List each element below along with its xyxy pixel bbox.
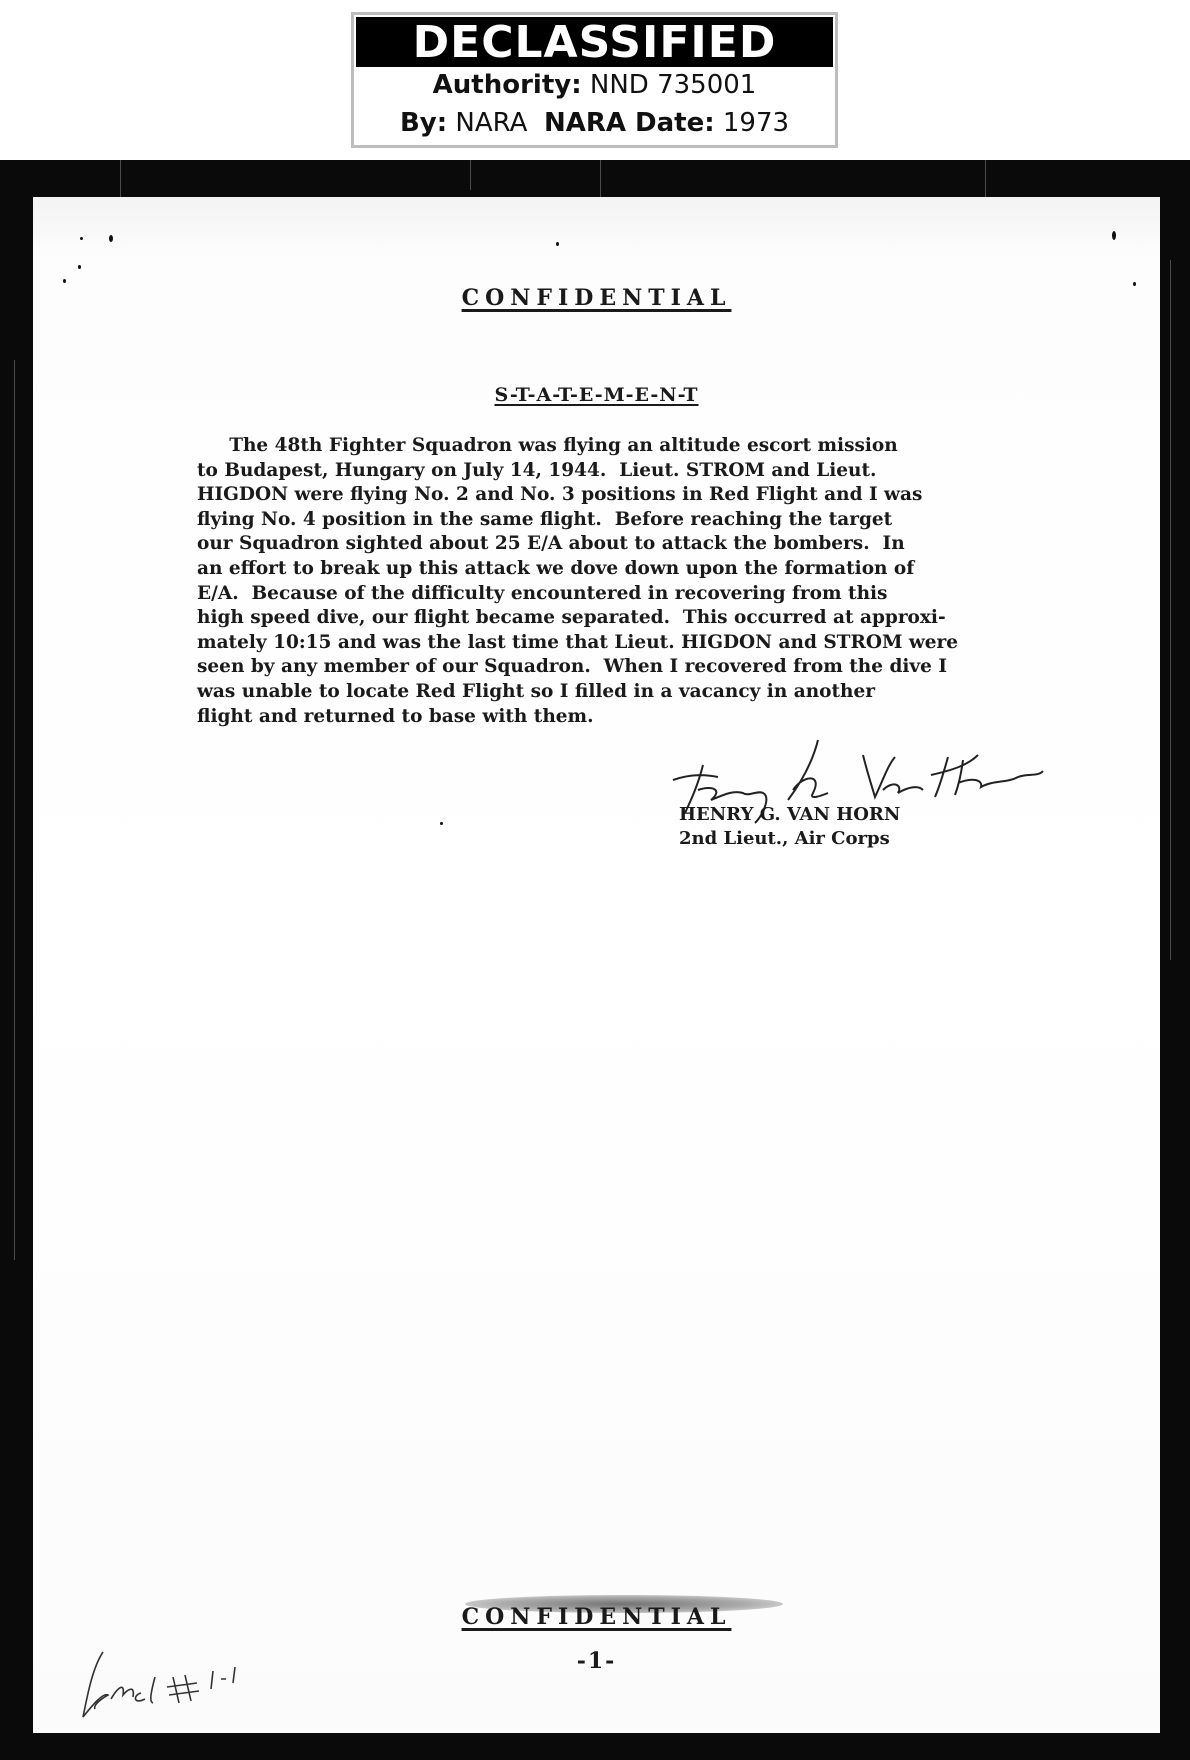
handwritten-enclosure-note: Encl #1-1 (63, 1637, 263, 1737)
statement-line: HIGDON were flying No. 2 and No. 3 posit… (197, 483, 1077, 508)
statement-line: to Budapest, Hungary on July 14, 1944. L… (197, 459, 1077, 484)
statement-line: The 48th Fighter Squadron was flying an … (197, 434, 1077, 459)
stamp-by-value: NARA (455, 108, 527, 138)
stamp-by-line: By: NARA NARA Date: 1973 (354, 108, 835, 138)
statement-line: flight and returned to base with them. (197, 705, 1077, 730)
scanned-page-frame: CONFIDENTIAL S-T-A-T-E-M-E-N-T The 48th … (0, 160, 1190, 1760)
classification-bottom: CONFIDENTIAL (33, 1604, 1160, 1630)
declassification-stamp: DECLASSIFIED Authority: NND 735001 By: N… (351, 12, 838, 148)
stamp-title: DECLASSIFIED (356, 17, 833, 67)
statement-line: seen by any member of our Squadron. When… (197, 655, 1077, 680)
stamp-authority-value: NND 735001 (590, 70, 756, 100)
statement-heading: S-T-A-T-E-M-E-N-T (33, 384, 1160, 406)
statement-line: flying No. 4 position in the same flight… (197, 508, 1077, 533)
stamp-authority-label: Authority: (433, 70, 582, 100)
statement-line: our Squadron sighted about 25 E/A about … (197, 532, 1077, 557)
stamp-by-label: By: (400, 108, 447, 138)
signature-block: HENRY G. VAN HORN 2nd Lieut., Air Corps (679, 803, 900, 851)
statement-line: mately 10:15 and was the last time that … (197, 631, 1077, 656)
stamp-authority-line: Authority: NND 735001 (354, 70, 835, 100)
stamp-date-value: 1973 (723, 108, 789, 138)
statement-line: E/A. Because of the difficulty encounter… (197, 582, 1077, 607)
statement-line: was unable to locate Red Flight so I fil… (197, 680, 1077, 705)
signer-rank: 2nd Lieut., Air Corps (679, 828, 890, 849)
statement-line: high speed dive, our flight became separ… (197, 606, 1077, 631)
statement-body: The 48th Fighter Squadron was flying an … (197, 434, 1077, 729)
signer-name: HENRY G. VAN HORN (679, 804, 900, 825)
stamp-date-label: NARA Date: (544, 108, 715, 138)
statement-line: an effort to break up this attack we dov… (197, 557, 1077, 582)
classification-top: CONFIDENTIAL (33, 285, 1160, 311)
document-page: CONFIDENTIAL S-T-A-T-E-M-E-N-T The 48th … (33, 197, 1160, 1733)
